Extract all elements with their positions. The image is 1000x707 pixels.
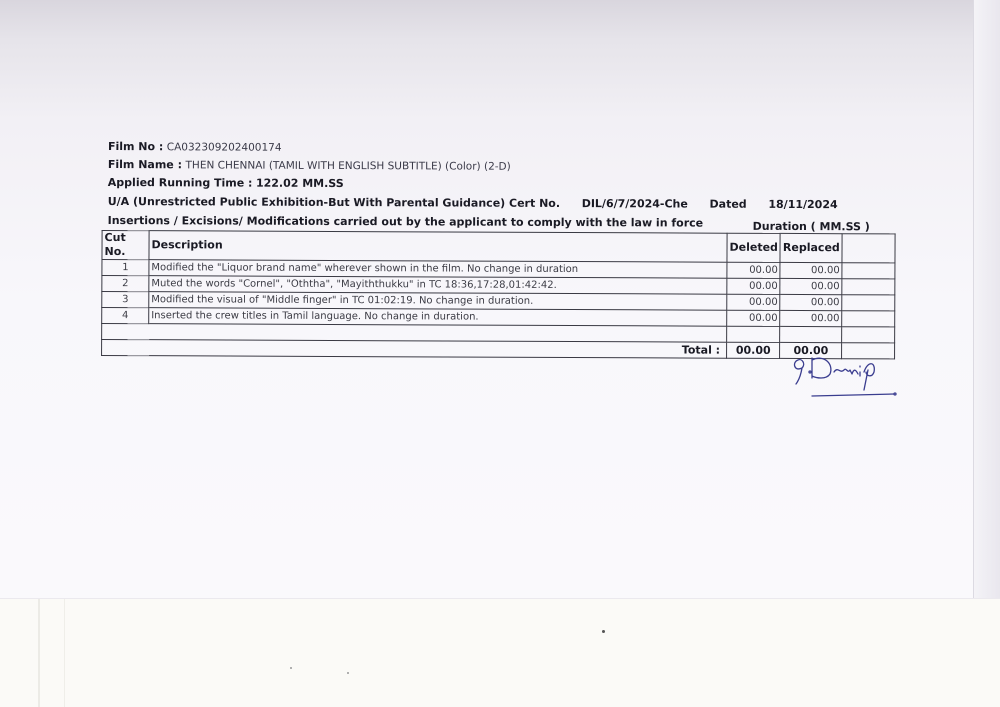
film-name-label: Film Name :	[108, 158, 182, 171]
fold-line	[64, 599, 65, 707]
certificate-date: 18/11/2024	[768, 198, 837, 211]
header-cut-no: Cut No.	[102, 230, 149, 259]
cut-no-cell: 1	[102, 259, 149, 275]
replaced-cell: 00.00	[780, 278, 842, 294]
signature	[790, 350, 910, 406]
replaced-cell: 00.00	[780, 294, 842, 310]
blank-cell	[842, 311, 895, 327]
blank-cell	[842, 279, 895, 295]
dated-label: Dated	[710, 198, 747, 211]
header-description: Description	[149, 231, 727, 263]
running-time-line: Applied Running Time : 122.02 MM.SS	[108, 174, 898, 195]
deleted-cell: 00.00	[727, 294, 780, 310]
deleted-cell: 00.00	[727, 262, 780, 278]
deleted-cell: 00.00	[727, 278, 780, 294]
total-deleted: 00.00	[727, 342, 780, 358]
section-heading-line: Insertions / Excisions/ Modifications ca…	[108, 213, 898, 232]
film-no-value: CA032309202400174	[167, 141, 282, 154]
duration-heading: Duration ( MM.SS )	[753, 219, 870, 236]
cut-no-cell: 4	[102, 307, 149, 323]
fold-line	[38, 599, 40, 707]
running-time-label: Applied Running Time :	[108, 176, 253, 190]
cut-no-cell: 3	[102, 291, 149, 307]
scan-speck	[347, 672, 349, 674]
document-body: Film No : CA032309202400174 Film Name : …	[107, 138, 898, 359]
section-heading: Insertions / Excisions/ Modifications ca…	[108, 214, 704, 230]
table-header-row: Cut No. Description Deleted Replaced	[102, 230, 895, 262]
film-no-label: Film No :	[108, 140, 163, 153]
modifications-table: Cut No. Description Deleted Replaced 1Mo…	[101, 230, 896, 359]
total-label: Total :	[102, 339, 727, 358]
replaced-cell: 00.00	[780, 310, 842, 326]
replaced-cell: 00.00	[780, 262, 842, 278]
scan-speck	[602, 630, 605, 633]
lower-sheet	[0, 598, 1000, 707]
header-deleted: Deleted	[727, 233, 781, 262]
cut-no-cell: 2	[102, 275, 149, 291]
certificate-line: U/A (Unrestricted Public Exhibition-But …	[108, 193, 898, 214]
film-name-value: THEN CHENNAI (TAMIL WITH ENGLISH SUBTITL…	[185, 159, 510, 172]
page-edge	[973, 0, 1000, 600]
running-time-value: 122.02 MM.SS	[256, 177, 344, 190]
total-row: Total : 00.00 00.00	[102, 339, 895, 358]
header-replaced: Replaced	[780, 233, 842, 262]
certificate-category: U/A (Unrestricted Public Exhibition-But …	[108, 195, 560, 210]
deleted-cell: 00.00	[727, 310, 780, 326]
blank-cell	[842, 234, 895, 263]
certificate-number: DIL/6/7/2024-Che	[582, 197, 688, 210]
blank-cell	[842, 263, 895, 279]
blank-cell	[842, 295, 895, 311]
scan-speck	[290, 667, 292, 669]
